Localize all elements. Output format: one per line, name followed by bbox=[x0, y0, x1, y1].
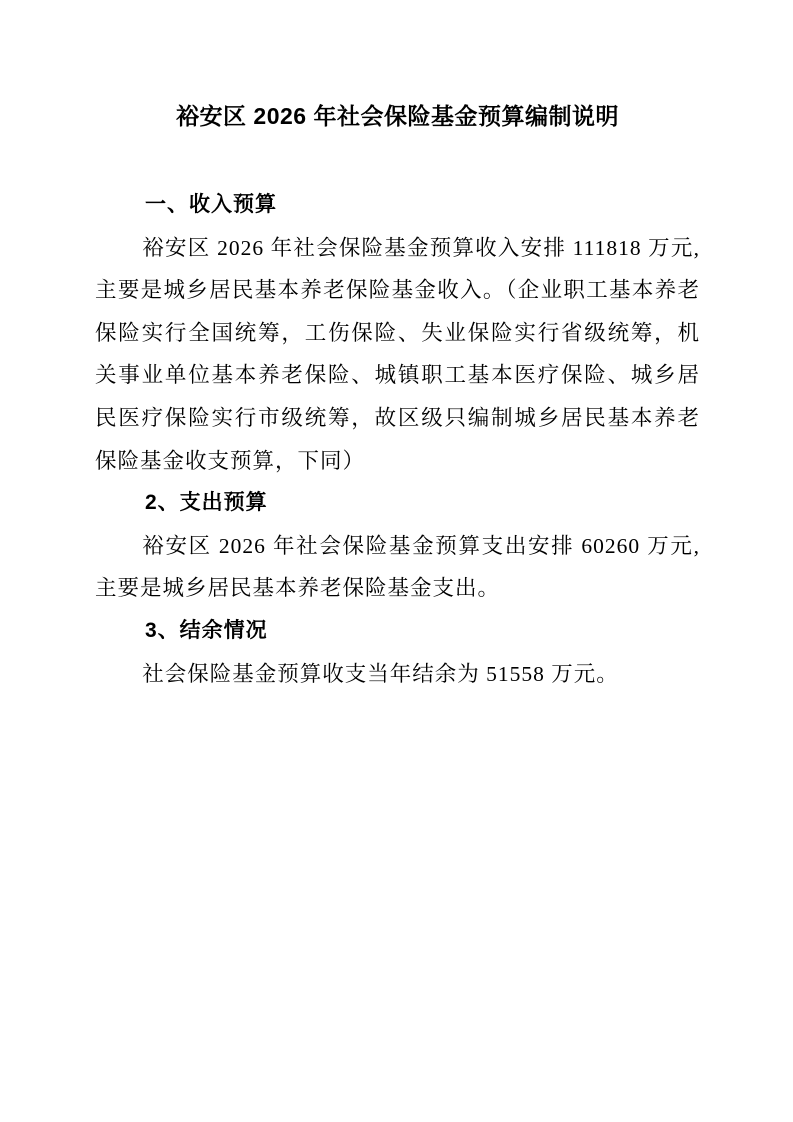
section-paragraph-balance: 社会保险基金预算收支当年结余为 51558 万元。 bbox=[95, 653, 700, 696]
document-title: 裕安区 2026 年社会保险基金预算编制说明 bbox=[95, 95, 700, 138]
document-body: 一、收入预算 裕安区 2026 年社会保险基金预算收入安排 111818 万元,… bbox=[95, 184, 700, 695]
section-heading-balance: 3、结余情况 bbox=[95, 610, 700, 653]
section-paragraph-income-budget: 裕安区 2026 年社会保险基金预算收入安排 111818 万元, 主要是城乡居… bbox=[95, 227, 700, 483]
section-paragraph-expenditure-budget: 裕安区 2026 年社会保险基金预算支出安排 60260 万元, 主要是城乡居民… bbox=[95, 525, 700, 610]
section-heading-income-budget: 一、收入预算 bbox=[95, 184, 700, 227]
document-page: 裕安区 2026 年社会保险基金预算编制说明 一、收入预算 裕安区 2026 年… bbox=[0, 0, 793, 1122]
section-heading-expenditure-budget: 2、支出预算 bbox=[95, 482, 700, 525]
